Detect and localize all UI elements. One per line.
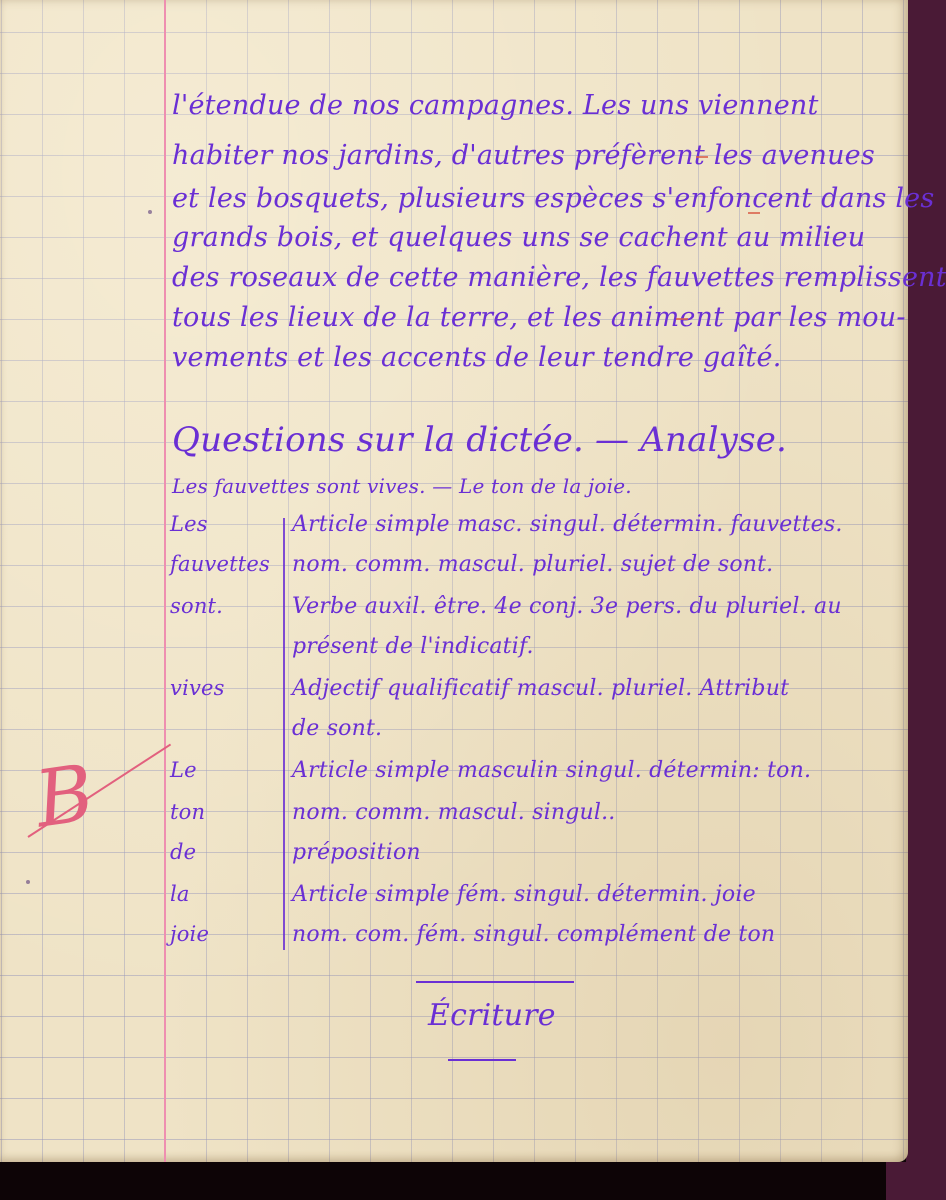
analysis-line: préposition (292, 840, 421, 865)
correction-mark (748, 212, 760, 214)
analysis-line: Adjectif qualificatif mascul. pluriel. A… (292, 676, 789, 701)
backdrop (906, 0, 946, 1200)
analysis-word: ton (170, 800, 205, 824)
dictation-line: et les bosquets, plusieurs espèces s'enf… (172, 183, 934, 214)
ink-speck (26, 880, 30, 884)
analysis-line: de sont. (292, 716, 382, 741)
section-heading: Questions sur la dictée. — Analyse. (172, 420, 787, 460)
ink-speck (148, 210, 152, 214)
dictation-line: l'étendue de nos campagnes. Les uns vien… (172, 90, 819, 121)
backdrop-bottom-corner (886, 1162, 946, 1200)
heading-underline (448, 1059, 516, 1061)
analysis-line: nom. comm. mascul. singul.. (292, 800, 616, 825)
analysis-word: sont. (170, 594, 223, 618)
analysis-word: joie (170, 922, 209, 946)
analysis-word: Le (170, 758, 197, 782)
analysis-line: Article simple fém. singul. détermin. jo… (292, 882, 756, 907)
heading-underline (416, 981, 574, 983)
analysis-divider (283, 518, 285, 950)
section-heading-ecriture: Écriture (428, 998, 556, 1033)
notebook-page: l'étendue de nos campagnes. Les uns vien… (0, 0, 908, 1162)
margin-line (164, 0, 166, 1162)
correction-mark (676, 318, 688, 320)
analysis-line: nom. com. fém. singul. complément de ton (292, 922, 775, 947)
analysis-line: Verbe auxil. être. 4e conj. 3e pers. du … (292, 594, 842, 619)
dictation-line: habiter nos jardins, d'autres préfèrent … (172, 140, 875, 171)
correction-mark (696, 156, 708, 158)
analysis-line: présent de l'indicatif. (292, 634, 534, 659)
analysis-word: fauvettes (170, 552, 270, 576)
dictation-line: des roseaux de cette manière, les fauvet… (172, 262, 946, 293)
analysis-word: vives (170, 676, 225, 700)
analysis-word: Les (170, 512, 208, 536)
backdrop-bottom (0, 1162, 906, 1200)
analysis-line: Article simple masc. singul. détermin. f… (292, 512, 843, 537)
dictation-line: tous les lieux de la terre, et les anime… (172, 302, 906, 333)
analysis-word: de (170, 840, 196, 864)
dictation-line: vements et les accents de leur tendre ga… (172, 342, 781, 373)
dictation-line: grands bois, et quelques uns se cachent … (172, 222, 865, 253)
example-sentence: Les fauvettes sont vives. — Le ton de la… (172, 474, 632, 498)
analysis-line: Article simple masculin singul. détermin… (292, 758, 811, 783)
analysis-word: la (170, 882, 190, 906)
analysis-line: nom. comm. mascul. pluriel. sujet de son… (292, 552, 773, 577)
